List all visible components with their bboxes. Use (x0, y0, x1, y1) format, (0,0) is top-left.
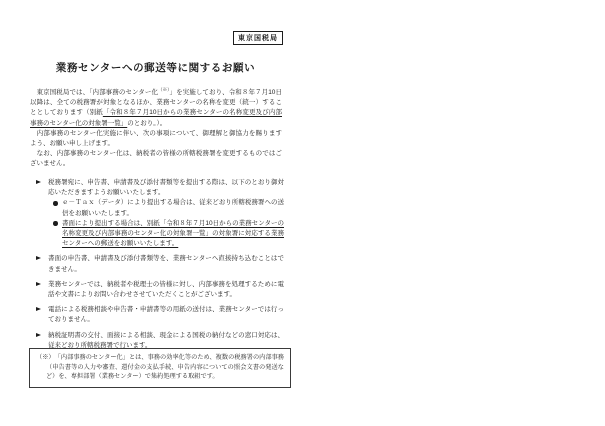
intro-paragraph: なお、内部事務のセンター化は、納税者の皆様の所轄税務署を変更するものではございま… (30, 149, 282, 169)
list-item: 電話による税務相談や申告書・申請書等の用紙の送付は、業務センターでは行っておりま… (36, 305, 284, 325)
bullet-marker (36, 280, 48, 300)
notice-list: 税務署宛に、申告書、申請書及び添付書類等を提出する際は、以下のとおり御対応いただ… (36, 178, 284, 351)
org-badge: 東京国税局 (233, 31, 283, 45)
sub-list-item-text: 書面により提出する場合は、別紙「令和８年７月10日からの業務センターの名称変更及… (62, 219, 284, 250)
footnote-box: （※） 「内部事務のセンター化」とは、事務の効率化等のため、複数の税務署の内部事… (29, 348, 291, 388)
list-item: 業務センターでは、納税者や税理士の皆様に対し、内部事務を処理するために電話や文書… (36, 280, 284, 300)
list-item-text: 業務センターでは、納税者や税理士の皆様に対し、内部事務を処理するために電話や文書… (48, 280, 284, 300)
bullet-marker (36, 305, 48, 325)
list-item-text: 書面の申告書、申請書及び添付書類等を、業務センターへ直接持ち込むことはできません… (48, 254, 284, 274)
arrow-bullet-icon (36, 333, 41, 337)
list-group: 業務センターでは、納税者や税理士の皆様に対し、内部事務を処理するために電話や文書… (36, 280, 284, 300)
org-badge-label: 東京国税局 (238, 35, 278, 42)
arrow-bullet-icon (36, 256, 41, 260)
list-group: 電話による税務相談や申告書・申請書等の用紙の送付は、業務センターでは行っておりま… (36, 305, 284, 325)
document-title: 業務センターへの郵送等に関するお願い (0, 60, 311, 75)
bullet-marker (53, 219, 62, 250)
arrow-bullet-icon (36, 180, 41, 184)
bullet-marker (36, 178, 48, 198)
list-group: 書面の申告書、申請書及び添付書類等を、業務センターへ直接持ち込むことはできません… (36, 254, 284, 274)
list-item-text: 電話による税務相談や申告書・申請書等の用紙の送付は、業務センターでは行っておりま… (48, 305, 284, 325)
scanned-document-page: 東京国税局 業務センターへの郵送等に関するお願い 東京国税局では、「内部事務のセ… (0, 0, 605, 426)
dot-bullet-icon (53, 201, 58, 206)
list-item-text: 税務署宛に、申告書、申請書及び添付書類等を提出する際は、以下のとおり御対応いただ… (48, 178, 284, 198)
footnote-text: （※） 「内部事務のセンター化」とは、事務の効率化等のため、複数の税務署の内部事… (36, 353, 284, 382)
arrow-bullet-icon (36, 282, 41, 286)
intro-paragraph: 東京国税局では、「内部事務のセンター化（※）」を実施しており、令和８年７月10日… (30, 88, 282, 129)
dot-bullet-icon (53, 221, 58, 226)
sub-list-item: ｅ－Ｔａｘ（データ）により提出する場合は、従来どおり所轄税務署への送信をお願いい… (36, 198, 284, 218)
sub-list-item: 書面により提出する場合は、別紙「令和８年７月10日からの業務センターの名称変更及… (36, 219, 284, 250)
intro-paragraph: 内部事務のセンター化実施に伴い、次の事項について、御理解と御協力を賜りますよう、… (30, 129, 282, 149)
list-item: 書面の申告書、申請書及び添付書類等を、業務センターへ直接持ち込むことはできません… (36, 254, 284, 274)
list-group: 税務署宛に、申告書、申請書及び添付書類等を提出する際は、以下のとおり御対応いただ… (36, 178, 284, 249)
bullet-marker (36, 254, 48, 274)
bullet-marker (53, 198, 62, 218)
list-item: 税務署宛に、申告書、申請書及び添付書類等を提出する際は、以下のとおり御対応いただ… (36, 178, 284, 198)
sub-list-item-text: ｅ－Ｔａｘ（データ）により提出する場合は、従来どおり所轄税務署への送信をお願いい… (62, 198, 284, 218)
arrow-bullet-icon (36, 307, 41, 311)
intro-section: 東京国税局では、「内部事務のセンター化（※）」を実施しており、令和８年７月10日… (30, 88, 282, 170)
